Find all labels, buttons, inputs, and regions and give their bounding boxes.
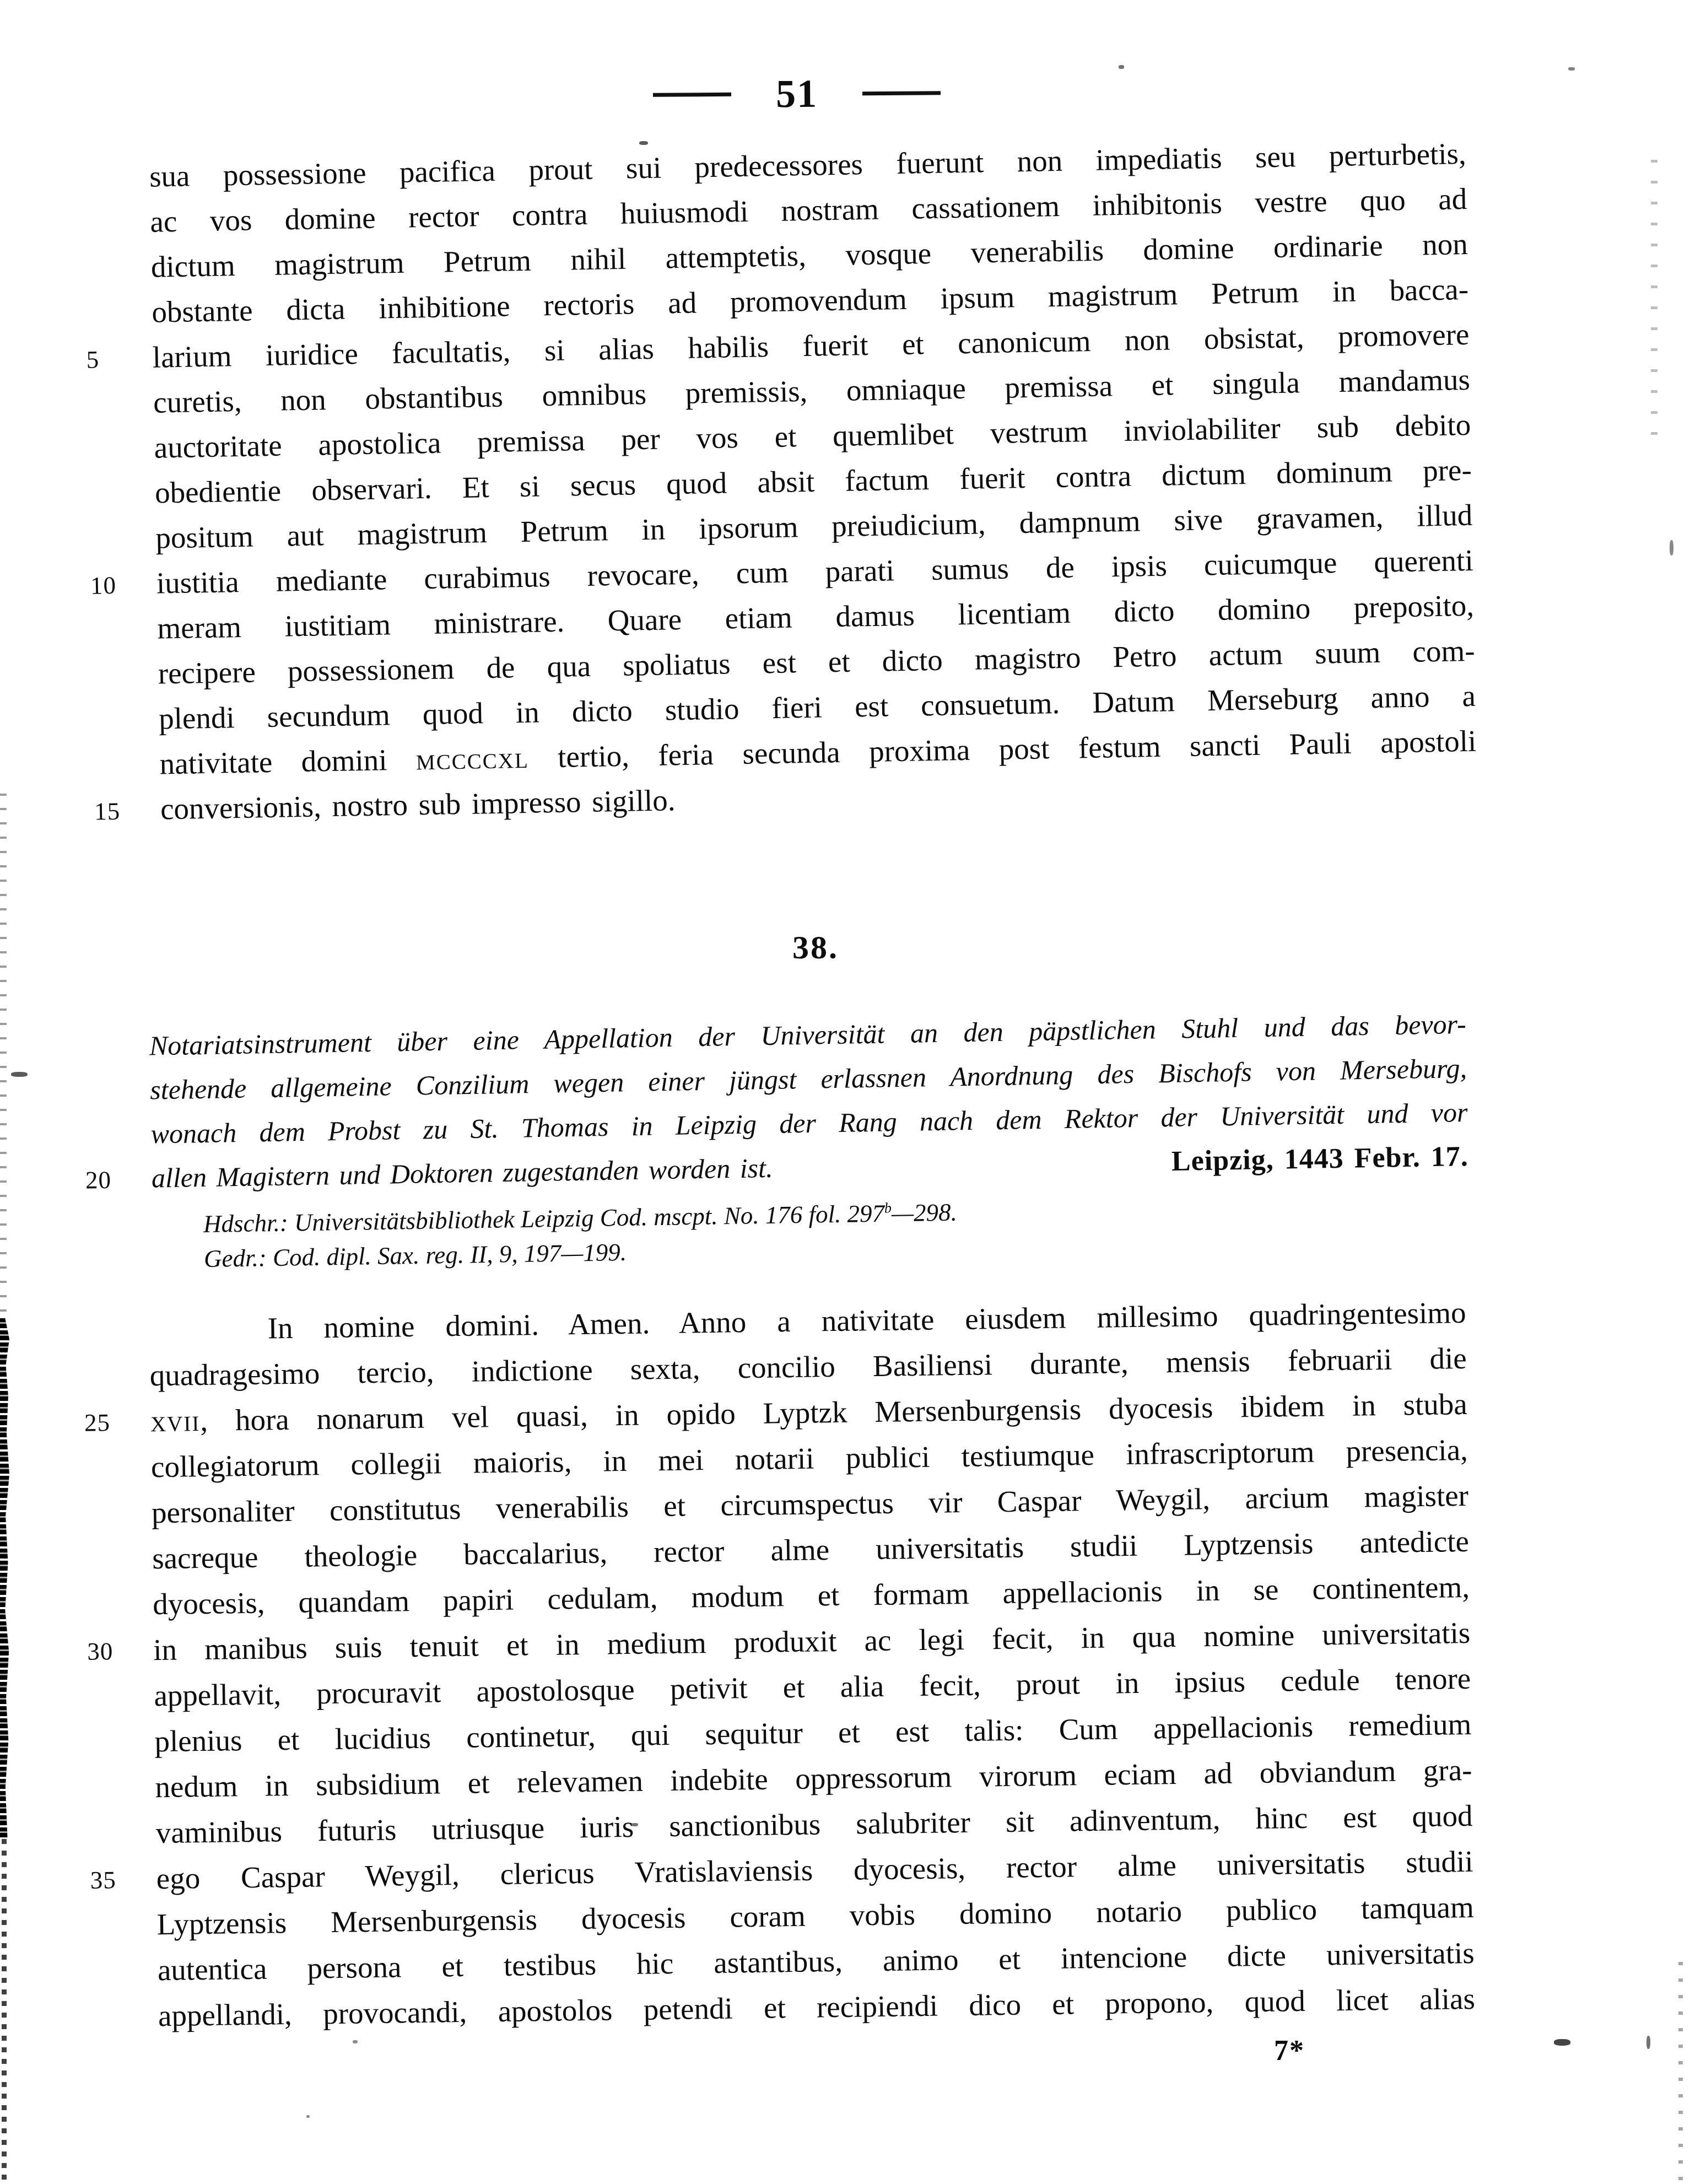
scanned-book-page: 51 sua possessione pacifica prout sui pr… [0,0,1690,2184]
page-number: 51 [776,72,818,116]
latin-charter-paragraph: sua possessione pacifica prout sui prede… [149,131,1477,832]
ink-speck [11,1072,28,1077]
margin-line-number: 35 [90,1857,148,1903]
scan-artifact-right-upper [1651,160,1657,446]
ink-speck [1568,67,1575,71]
ink-speck [639,141,648,145]
scan-artifact-right-lower [1678,1962,1683,2182]
ink-speck [1670,540,1673,556]
small-caps-text: xvii [150,1404,201,1438]
ink-speck [1554,2039,1570,2046]
ink-speck [353,2040,358,2043]
scan-artifact-left-thin [2,1839,7,2184]
text-segment: Gedr.: Cod. dipl. Sax. reg. II, 9, 197—1… [204,1238,627,1272]
small-caps-text: mccccxl [415,741,529,776]
line-text: Gedr.: Cod. dipl. Sax. reg. II, 9, 197—1… [204,1238,627,1272]
line-text: conversionis, nostro sub impresso sigill… [160,783,676,826]
header-rule-left [653,92,731,96]
margin-line-number: 20 [85,1157,143,1202]
scan-artifact-left-light [0,794,7,1323]
document-number-heading: 38. [0,929,1631,967]
header-rule-right [862,91,941,95]
margin-line-number: 10 [90,562,148,608]
dateline: Leipzig, 1443 Febr. 17. [1171,1135,1468,1184]
superscript-text: b [884,1200,892,1216]
ink-speck [306,2115,310,2118]
printer-signature-mark: 7* [1274,2035,1305,2067]
ink-speck [631,1823,638,1826]
ink-speck [1646,2036,1650,2049]
margin-line-number: 5 [86,336,144,382]
margin-line-number: 30 [87,1628,145,1674]
margin-line-number: 25 [84,1399,142,1446]
text-segment: nativitate domini [159,742,416,780]
text-segment: —298. [892,1199,958,1227]
text-segment: conversionis, nostro sub impresso sigill… [160,783,676,826]
running-head: 51 [653,71,941,117]
editorial-summary: Notariatsinstrument über eine Appellatio… [149,1002,1468,1200]
text-segment: allen Magistern und Doktoren zugestanden… [152,1152,773,1194]
scan-artifact-left-heavy [0,1318,9,1839]
ink-speck [1119,65,1124,69]
margin-line-number: 15 [94,788,152,834]
notarial-instrument-paragraph: In nomine domini. Amen. Anno a nativitat… [149,1290,1475,2039]
